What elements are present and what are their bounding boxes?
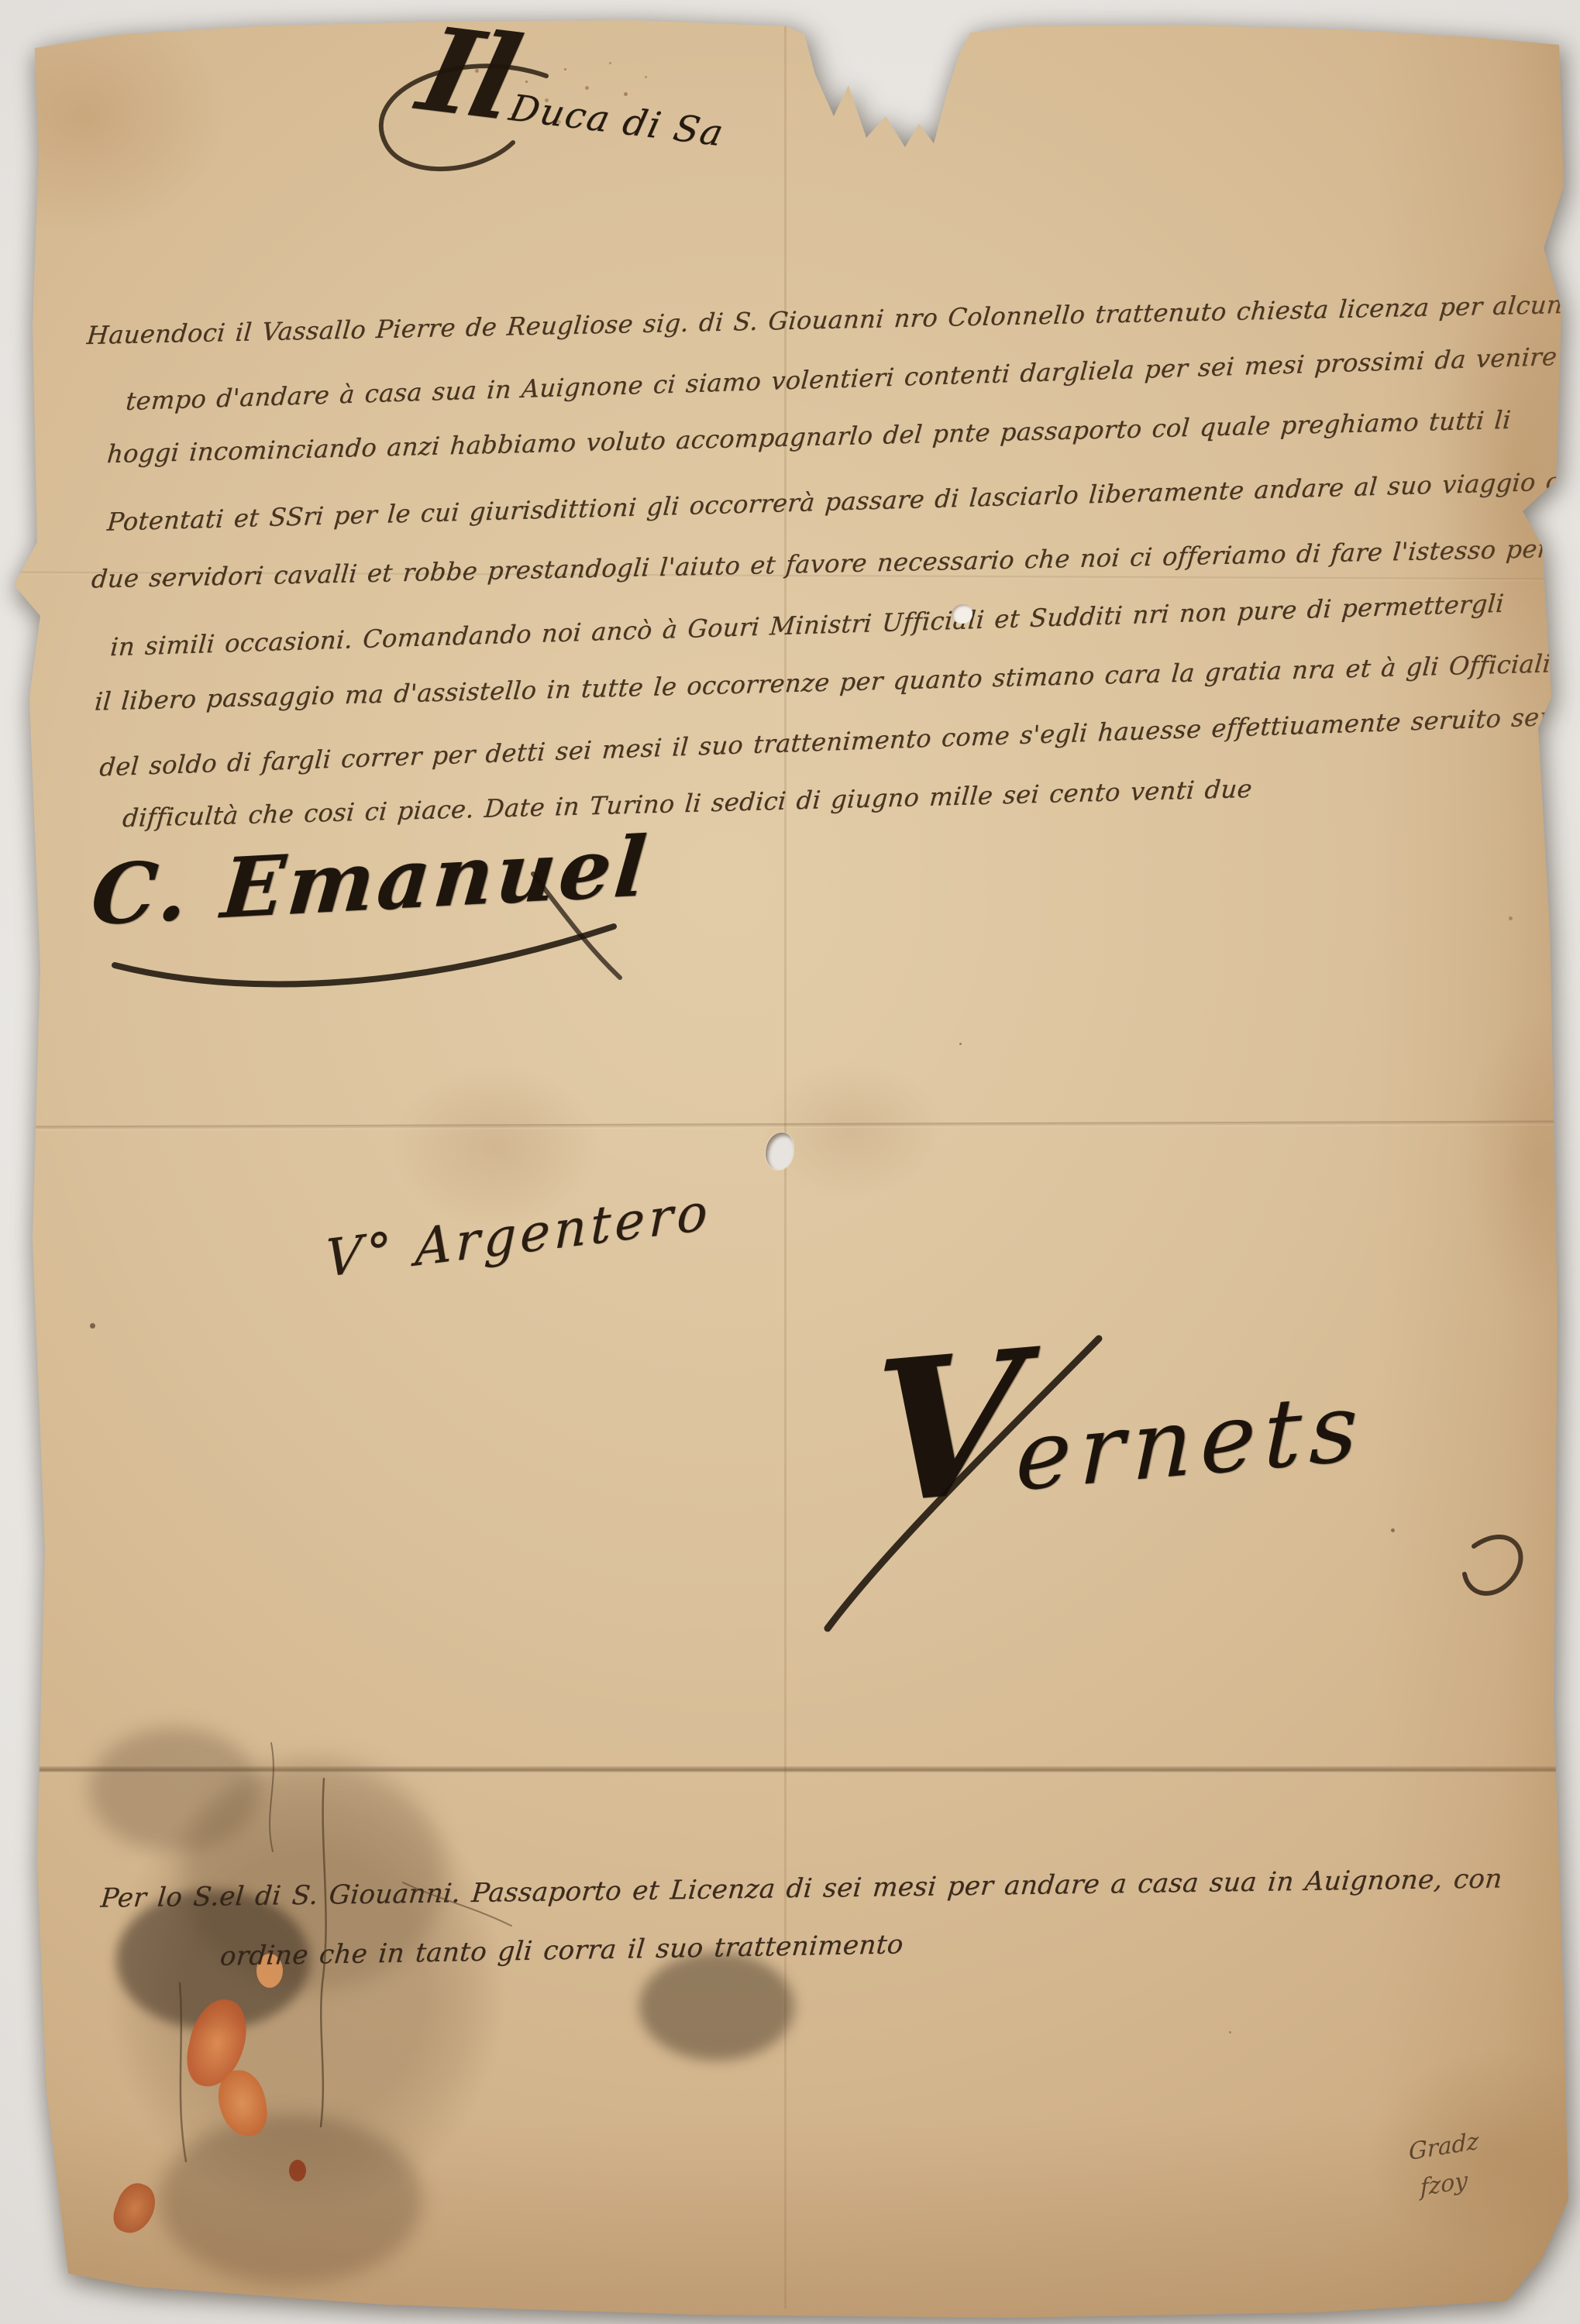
- wax-seal-stain: [43, 1697, 570, 2285]
- seal-outer-blotch: [43, 1697, 570, 2285]
- body-line: due servidori cavalli et robbe prestando…: [91, 532, 1580, 593]
- paper-shadow: IlDuca di Sa Hauendoci il Vassallo Pierr…: [0, 0, 1580, 2324]
- wax-fragment: [215, 2067, 270, 2140]
- fold-crease-middle: [0, 1120, 1580, 1130]
- paper-hole-center-fold: [766, 1133, 793, 1170]
- docket-line: Per lo S.el di S. Giouanni. Passaporto e…: [99, 1863, 1503, 1913]
- body-line: hoggi incominciando anzi habbiamo voluto…: [106, 405, 1513, 469]
- body-line: in simili occasioni. Comandando noi ancò…: [109, 589, 1505, 662]
- wax-fragment: [181, 1994, 253, 2092]
- scan-background: IlDuca di Sa Hauendoci il Vassallo Pierr…: [0, 0, 1580, 2324]
- body-line: del soldo di fargli correr per detti sei…: [98, 700, 1580, 782]
- document-paper: IlDuca di Sa Hauendoci il Vassallo Pierr…: [0, 0, 1580, 2324]
- body-line: tempo d'andare à casa sua in Auignone ci…: [125, 342, 1558, 416]
- visa-countersignature: V° Argentero: [325, 1181, 711, 1289]
- body-line: difficultà che cosi ci piace. Date in Tu…: [122, 774, 1254, 833]
- secretary-signature-rest: ernets: [1014, 1371, 1366, 1512]
- title-text: Duca di Sa: [505, 87, 728, 155]
- body-line: Hauendoci il Vassallo Pierre de Reuglios…: [86, 290, 1565, 350]
- body-line: il libero passaggio ma d'assistello in t…: [94, 648, 1552, 716]
- fold-crease-lower: [0, 1766, 1580, 1773]
- seal-crack: [270, 1743, 274, 1851]
- body-line: Potentati et SSri per le cui giurisditti…: [106, 466, 1580, 537]
- duke-signature: C. Emanuel: [88, 817, 653, 944]
- seal-smudge-top: [89, 1728, 260, 1851]
- seal-dark-smudge-right: [639, 1952, 794, 2061]
- docket-line: ordine che in tanto gli corra il suo tra…: [219, 1929, 904, 1972]
- wax-fragment: [289, 2160, 306, 2181]
- seal-crack: [180, 1983, 186, 2161]
- wax-fragment: [108, 2178, 161, 2239]
- archival-corner-note: Gradz fzoy: [1409, 2123, 1480, 2209]
- document-title: IlDuca di Sa: [411, 12, 744, 163]
- secretary-signature: Vernets: [871, 1293, 1368, 1531]
- secretary-end-flourish: [1465, 1537, 1520, 1593]
- seal-lower-arc: [159, 2115, 422, 2285]
- secretary-signature-initial: V: [871, 1307, 1018, 1549]
